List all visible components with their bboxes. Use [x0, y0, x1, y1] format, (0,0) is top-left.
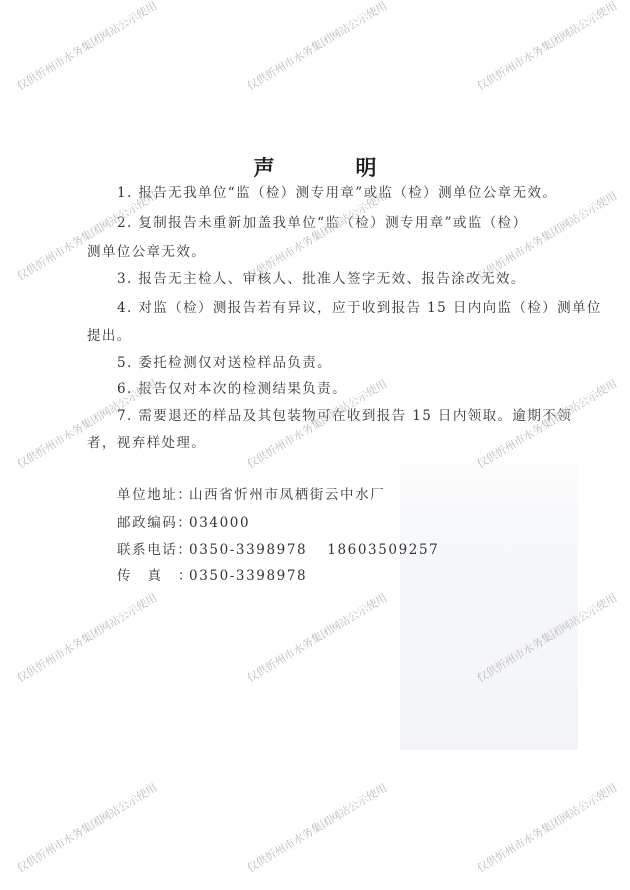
statement-item-3: 3. 报告无主检人、审核人、批准人签字无效、报告涂改无效。	[117, 270, 526, 288]
fax-label: 传真：	[117, 567, 189, 585]
page-title: 声 明	[0, 152, 630, 182]
contact-postcode-row: 邮政编码：034000	[117, 514, 250, 532]
address-value: 山西省忻州市凤栖街云中水厂	[189, 487, 385, 503]
phone-value: 0350-3398978	[189, 542, 307, 558]
statement-item-7-line-1: 7. 需要退还的样品及其包装物可在收到报告 15 日内领取。逾期不领	[117, 407, 572, 425]
postcode-label: 邮政编码：	[117, 514, 189, 532]
contact-phone-row: 联系电话：0350-339897818603509257	[117, 541, 439, 559]
fax-value: 0350-3398978	[189, 568, 307, 584]
statement-item-2-line-1: 2. 复制报告未重新加盖我单位“监（检）测专用章”或监（检）	[117, 214, 527, 232]
postcode-value: 034000	[189, 515, 250, 531]
statement-item-2-line-2: 测单位公章无效。	[87, 243, 206, 261]
statement-item-6: 6. 报告仅对本次的检测结果负责。	[117, 380, 347, 398]
address-label: 单位地址：	[117, 486, 189, 504]
statement-item-1: 1. 报告无我单位“监（检）测专用章”或监（检）测单位公章无效。	[117, 184, 557, 202]
statement-item-5: 5. 委托检测仅对送检样品负责。	[117, 354, 332, 372]
statement-item-4-line-1: 4. 对监（检）测报告若有异议，应于收到报告 15 日内向监（检）测单位	[117, 299, 602, 317]
statement-item-7-line-2: 者，视弃样处理。	[87, 434, 206, 452]
contact-address-row: 单位地址：山西省忻州市凤栖街云中水厂	[117, 486, 385, 504]
statement-page: 声 明 1. 报告无我单位“监（检）测专用章”或监（检）测单位公章无效。 2. …	[0, 0, 630, 890]
statement-item-4-line-2: 提出。	[87, 327, 132, 345]
phone-label: 联系电话：	[117, 541, 189, 559]
mobile-value: 18603509257	[327, 542, 439, 558]
contact-fax-row: 传真：0350-3398978	[117, 567, 307, 585]
